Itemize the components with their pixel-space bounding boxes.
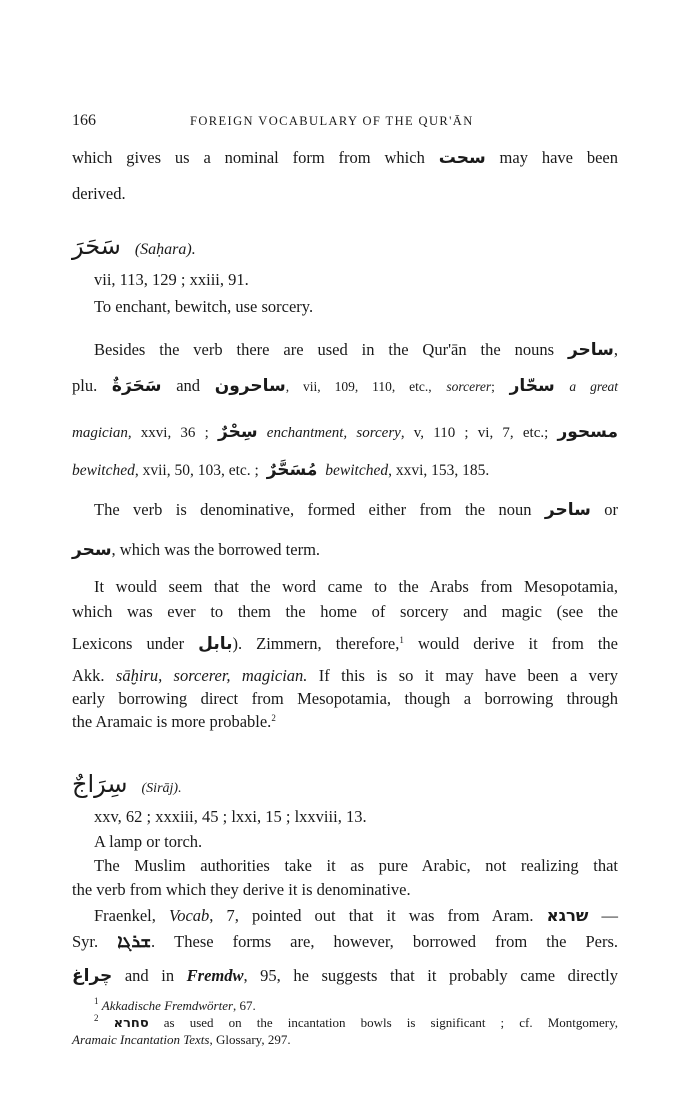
paragraph-line: plu. سَحَرَةٌ and ساحرون, vii, 109, 110,… [72,376,618,397]
transliteration: (Saḥara). [135,241,196,258]
paragraph-line: which was ever to them the home of sorce… [72,602,618,622]
text: the Aramaic is more probable. [72,712,271,731]
running-title: FOREIGN VOCABULARY OF THE QUR'ĀN [190,114,474,129]
text: , xxvi, 153, 185. [388,462,489,479]
italic-text: bewitched [72,462,135,479]
text: , 67. [233,998,256,1013]
italic-text: Fremdw [187,966,244,985]
text: the verb from which they derive it is de… [72,880,411,899]
entry-headword-siraj: سِرَاجٌ (Sirāj). [72,770,182,798]
entry-definition: A lamp or torch. [94,832,618,852]
transliteration: (Sirāj). [142,781,182,796]
paragraph-line: magician, xxvi, 36 ; سِحْرٌ enchantment,… [72,422,618,443]
entry-headword-sahara: سَحَرَ (Saḥara). [72,232,196,260]
paragraph-line: the verb from which they derive it is de… [72,880,618,900]
text: , xxvi, 36 ; [128,425,209,441]
italic-text: a great [569,379,618,394]
text: The verb is denominative, formed either … [94,500,532,519]
text: would derive it from the [418,634,618,653]
page-number: 166 [72,112,96,130]
text: , 95, he suggests that it probably came … [243,966,618,985]
italic-text: Vocab [169,906,209,925]
arabic-headword: سِرَاجٌ [72,770,128,798]
text: If this is so it may have been a very [319,666,618,685]
arabic-word: ساحرون [215,376,286,396]
definition: To enchant, bewitch, use sorcery. [94,297,313,316]
paragraph-line: Akk. sāḫiru, sorcerer, magician. If this… [72,666,618,686]
text: early borrowing direct from Mesopotamia,… [72,689,618,708]
paragraph-line: The Muslim authorities take it as pure A… [94,856,618,876]
text: , 7, pointed out that it was from Aram. [209,906,533,925]
intro-line-2: derived. [72,184,618,204]
text: , xvii, 50, 103, etc. ; [135,462,259,479]
arabic-word: چراغ [72,966,112,986]
italic-text: enchantment, sorcery [267,425,401,441]
italic-text: magician [72,425,128,441]
definition: A lamp or torch. [94,832,202,851]
text: ). Zimmern, therefore, [232,634,399,653]
text: Lexicons under [72,634,184,653]
arabic-word: مسحور [557,422,618,442]
arabic-word: سَحَرَةٌ [112,376,162,396]
footnote-mark: 1 [94,996,99,1006]
text: or [604,500,618,519]
text: and in [125,966,174,985]
paragraph-line: سحر, which was the borrowed term. [72,540,618,560]
text: may have been [500,148,618,167]
arabic-word: ساحر [545,500,591,520]
footnote-mark: 2 [94,1013,99,1023]
footnote-2-line-2: Aramaic Incantation Texts, Glossary, 297… [72,1032,291,1048]
arabic-word: بابل [198,634,232,654]
entry-references: vii, 113, 129 ; xxiii, 91. [94,270,618,290]
text: It would seem that the word came to the … [94,577,618,596]
entry-references: xxv, 62 ; xxxiii, 45 ; lxxi, 15 ; lxxvii… [94,807,618,827]
text: as used on the incantation bowls is sign… [164,1015,618,1030]
footnote-ref-2[interactable]: 2 [271,713,276,723]
hebrew-word: סחרא [114,1016,149,1031]
paragraph-line: It would seem that the word came to the … [94,577,618,597]
text: , vii, 109, 110, etc., [286,379,432,394]
footnote-1: 1 Akkadische Fremdwörter, 67. [94,998,256,1014]
text: Syr. [72,932,98,951]
paragraph-line: Lexicons under بابل). Zimmern, therefore… [72,634,618,654]
hebrew-word: שרגא [547,906,589,925]
text: plu. [72,376,97,395]
italic-text: bewitched [325,462,388,479]
text: , which was the borrowed term. [112,540,320,559]
arabic-word: سحّار [510,376,555,396]
text: . These forms are, however, borrowed fro… [151,932,618,951]
text: , Glossary, 297. [209,1032,290,1047]
italic-text: sāḫiru, sorcerer, magician. [116,666,308,685]
paragraph-line: the Aramaic is more probable.2 [72,712,618,732]
arabic-word: ساحر [568,340,614,360]
references: xxv, 62 ; xxxiii, 45 ; lxxi, 15 ; lxxvii… [94,807,367,826]
text: — [602,906,619,925]
footnote-ref-1[interactable]: 1 [399,635,404,645]
text: The Muslim authorities take it as pure A… [94,856,618,875]
text: , [614,340,618,359]
text: and [176,376,200,395]
arabic-word: سِحْرٌ [218,422,258,442]
paragraph-line: Fraenkel, Vocab, 7, pointed out that it … [94,906,618,926]
paragraph-line: bewitched, xvii, 50, 103, etc. ; مُسَحَّ… [72,460,618,481]
italic-text: Akkadische Fremdwörter [102,998,233,1013]
paragraph-line: Syr. ܫܪܓܐ. These forms are, however, bor… [72,932,618,952]
text: Fraenkel, [94,906,156,925]
arabic-word: سحر [72,540,112,560]
arabic-word: سحت [439,148,486,168]
italic-text: Aramaic Incantation Texts [72,1032,209,1047]
book-page: 166 FOREIGN VOCABULARY OF THE QUR'ĀN whi… [0,0,688,1104]
text: Besides the verb there are used in the Q… [94,340,554,359]
paragraph-line: چراغ and in Fremdw, 95, he suggests that… [72,966,618,986]
text: ; [491,379,495,394]
text: , v, 110 ; vi, 7, etc.; [401,425,548,441]
paragraph-line: The verb is denominative, formed either … [94,500,618,520]
arabic-headword: سَحَرَ [72,232,121,260]
italic-text: sorcerer [446,379,491,394]
text: which gives us a nominal form from which [72,148,425,167]
text: derived. [72,184,126,203]
references: vii, 113, 129 ; xxiii, 91. [94,270,249,289]
intro-line-1: which gives us a nominal form from which… [72,148,618,168]
paragraph-line: Besides the verb there are used in the Q… [94,340,618,360]
entry-definition: To enchant, bewitch, use sorcery. [94,297,618,317]
paragraph-line: early borrowing direct from Mesopotamia,… [72,689,618,709]
footnote-2: 2 סחרא as used on the incantation bowls … [94,1015,618,1032]
text: which was ever to them the home of sorce… [72,602,618,621]
text: Akk. [72,666,105,685]
arabic-word: مُسَحَّرٌ [267,460,318,480]
syriac-word: ܫܪܓܐ [117,931,151,952]
